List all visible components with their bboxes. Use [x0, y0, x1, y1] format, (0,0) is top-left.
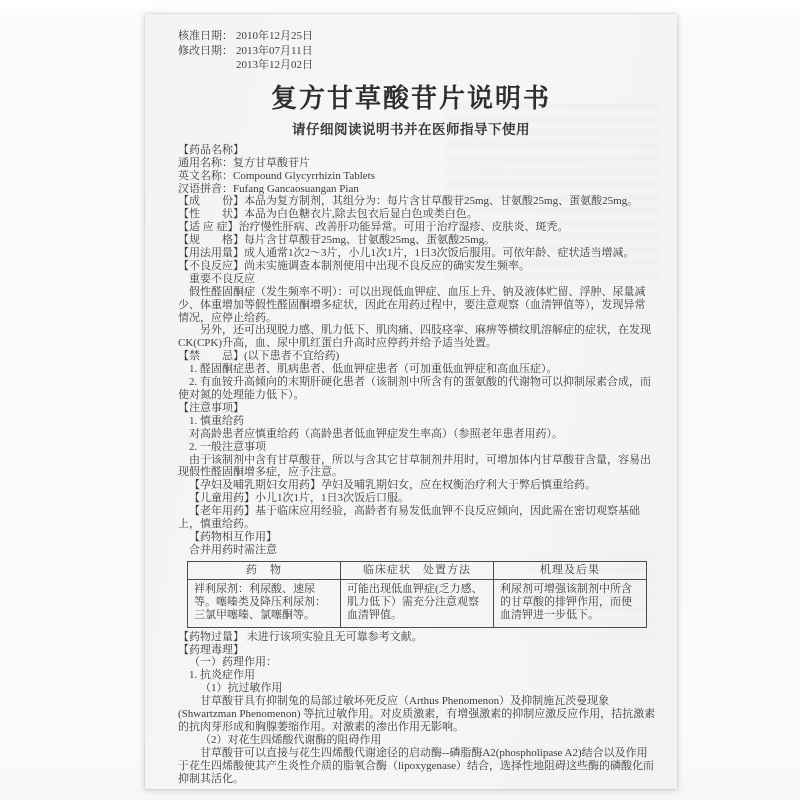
paragraph: 【适 应 症】治疗慢性肝病、改善肝功能异常。可用于治疗湿疹、皮肤炎、斑秃。 [178, 221, 656, 234]
paragraph: 【规 格】每片含甘草酸苷25mg、甘氨酸25mg、蛋氨酸25mg。 [178, 234, 656, 247]
table-cell: 可能出现低血钾症(乏力感、肌力低下）需充分注意观察血清钾值。 [341, 579, 494, 627]
paragraph: 甘草酸苷可以直接与花生四烯酸代谢途径的启动酶--磷脂酶A2(phospholip… [178, 747, 656, 786]
body-text-upper: 【药品名称】通用名称：复方甘草酸苷片英文名称：Compound Glycyrrh… [178, 144, 656, 557]
paragraph: 1. 醛固酮症患者、肌病患者、低血钾症患者（可加重低血钾症和高血压症）。 [178, 363, 656, 376]
table-cell: 袢利尿剂：利尿酸、速尿等。噻嗪类及降压利尿剂：三氯甲噻嗪、氯噻酮等。 [188, 579, 341, 627]
leaflet-page: 核准日期：2010年12月25日修改日期：2013年07月11日2013年12月… [145, 14, 677, 789]
paragraph: 汉语拼音：Fufang Gancaosuangan Pian [178, 183, 656, 196]
meta-date-line: 2013年12月02日 [178, 58, 656, 73]
paragraph: 1. 慎重给药 [178, 415, 656, 428]
paragraph: 【性 状】本品为白色糖衣片,除去包衣后显白色或类白色。 [178, 208, 656, 221]
paragraph: 重要不良反应 [178, 273, 656, 286]
paragraph: 【用法用量】成人通常1次2～3片，小儿1次1片，1日3次饭后服用。可依年龄、症状… [178, 247, 656, 260]
paragraph: 英文名称：Compound Glycyrrhizin Tablets [178, 170, 656, 183]
meta-date-line: 核准日期：2010年12月25日 [178, 29, 656, 44]
page-subtitle: 请仔细阅读说明书并在医师指导下使用 [166, 118, 656, 138]
paragraph: 【药物相互作用】 [178, 531, 656, 544]
meta-date-value: 2013年07月11日 [236, 44, 313, 59]
meta-date-label: 核准日期： [178, 29, 236, 44]
paragraph: 甘草酸苷具有抑制兔的局部过敏坏死反应（Arthus Phenomenon）及抑制… [178, 695, 656, 734]
table-header-cell: 临床症状 处置方法 [341, 561, 494, 579]
paragraph: 2. 有血铵升高倾向的末期肝硬化患者（该制剂中所含有的蛋氨酸的代谢物可以抑制尿素… [178, 376, 656, 402]
table-cell: 利尿剂可增强该制剂中所含的甘草酸的排钾作用，而使血清钾进一步低下。 [494, 579, 647, 627]
table-row: 袢利尿剂：利尿酸、速尿等。噻嗪类及降压利尿剂：三氯甲噻嗪、氯噻酮等。可能出现低血… [188, 579, 647, 627]
paragraph: 合并用药时需注意 [178, 544, 656, 557]
paragraph: 通用名称：复方甘草酸苷片 [178, 157, 656, 170]
meta-date-line: 修改日期：2013年07月11日 [178, 44, 656, 59]
paragraph: 假性醛固酮症（发生频率不明）：可以出现低血钾症、血压上升、钠及液体贮留、浮肿、尿… [178, 286, 656, 325]
paragraph: 由于该制剂中含有甘草酸苷，所以与含其它甘草制剂并用时，可增加体内甘草酸苷含量，容… [178, 454, 656, 480]
paragraph: 【孕妇及哺乳期妇女用药】孕妇及哺乳期妇女，应在权衡治疗利大于弊后慎重给药。 [178, 479, 656, 492]
drug-interaction-table-body: 袢利尿剂：利尿酸、速尿等。噻嗪类及降压利尿剂：三氯甲噻嗪、氯噻酮等。可能出现低血… [188, 579, 647, 627]
table-header-row: 药 物临床症状 处置方法机理及后果 [188, 561, 647, 579]
body-text-lower: 【药物过量】 未进行该项实验且无可靠参考文献。【药理毒理】（一）药理作用：1. … [178, 631, 656, 786]
drug-interaction-table-head: 药 物临床症状 处置方法机理及后果 [188, 561, 647, 579]
paragraph: 【不良反应】尚未实施调查本制剂使用中出现不良反应的确实发生频率。 [178, 260, 656, 273]
paragraph: 【禁 忌】(以下患者不宜给药) [178, 350, 656, 363]
paragraph: 【成 份】本品为复方制剂，其组分为：每片含甘草酸苷25mg、甘氨酸25mg、蛋氨… [178, 195, 656, 208]
paragraph: 【老年用药】基于临床应用经验，高龄者有易发低血钾不良反应倾向，因此需在密切观察基… [178, 505, 656, 531]
paragraph: 【药理毒理】 [178, 644, 656, 657]
meta-date-value: 2010年12月25日 [236, 29, 313, 44]
page-title: 复方甘草酸苷片说明书 [166, 78, 656, 115]
drug-interaction-table: 药 物临床症状 处置方法机理及后果 袢利尿剂：利尿酸、速尿等。噻嗪类及降压利尿剂… [187, 561, 647, 628]
paragraph: 另外，还可出现脱力感、肌力低下、肌肉痛、四肢痉挛、麻痹等横纹肌溶解症的症状，在发… [178, 324, 656, 350]
photo-background: 核准日期：2010年12月25日修改日期：2013年07月11日2013年12月… [0, 0, 800, 800]
meta-dates: 核准日期：2010年12月25日修改日期：2013年07月11日2013年12月… [178, 29, 656, 73]
meta-date-label [178, 58, 236, 73]
paragraph: （2）对花生四烯酸代谢酶的阻碍作用 [178, 734, 656, 747]
meta-date-value: 2013年12月02日 [236, 58, 313, 73]
meta-date-label: 修改日期： [178, 44, 236, 59]
paragraph: 【药物过量】 未进行该项实验且无可靠参考文献。 [178, 631, 656, 644]
paragraph: 2. 一般注意事项 [178, 441, 656, 454]
paragraph: （1）抗过敏作用 [178, 682, 656, 695]
paragraph: 【儿童用药】小儿1次1片，1日3次饭后口服。 [178, 492, 656, 505]
paragraph: 【药品名称】 [178, 144, 656, 157]
table-header-cell: 药 物 [188, 561, 341, 579]
paragraph: 1. 抗炎症作用 [178, 669, 656, 682]
table-header-cell: 机理及后果 [494, 561, 647, 579]
paragraph: 对高龄患者应慎重给药（高龄患者低血钾症发生率高）（参照老年患者用药）。 [178, 428, 656, 441]
paragraph: （一）药理作用： [178, 656, 656, 669]
paragraph: 【注意事项】 [178, 402, 656, 415]
